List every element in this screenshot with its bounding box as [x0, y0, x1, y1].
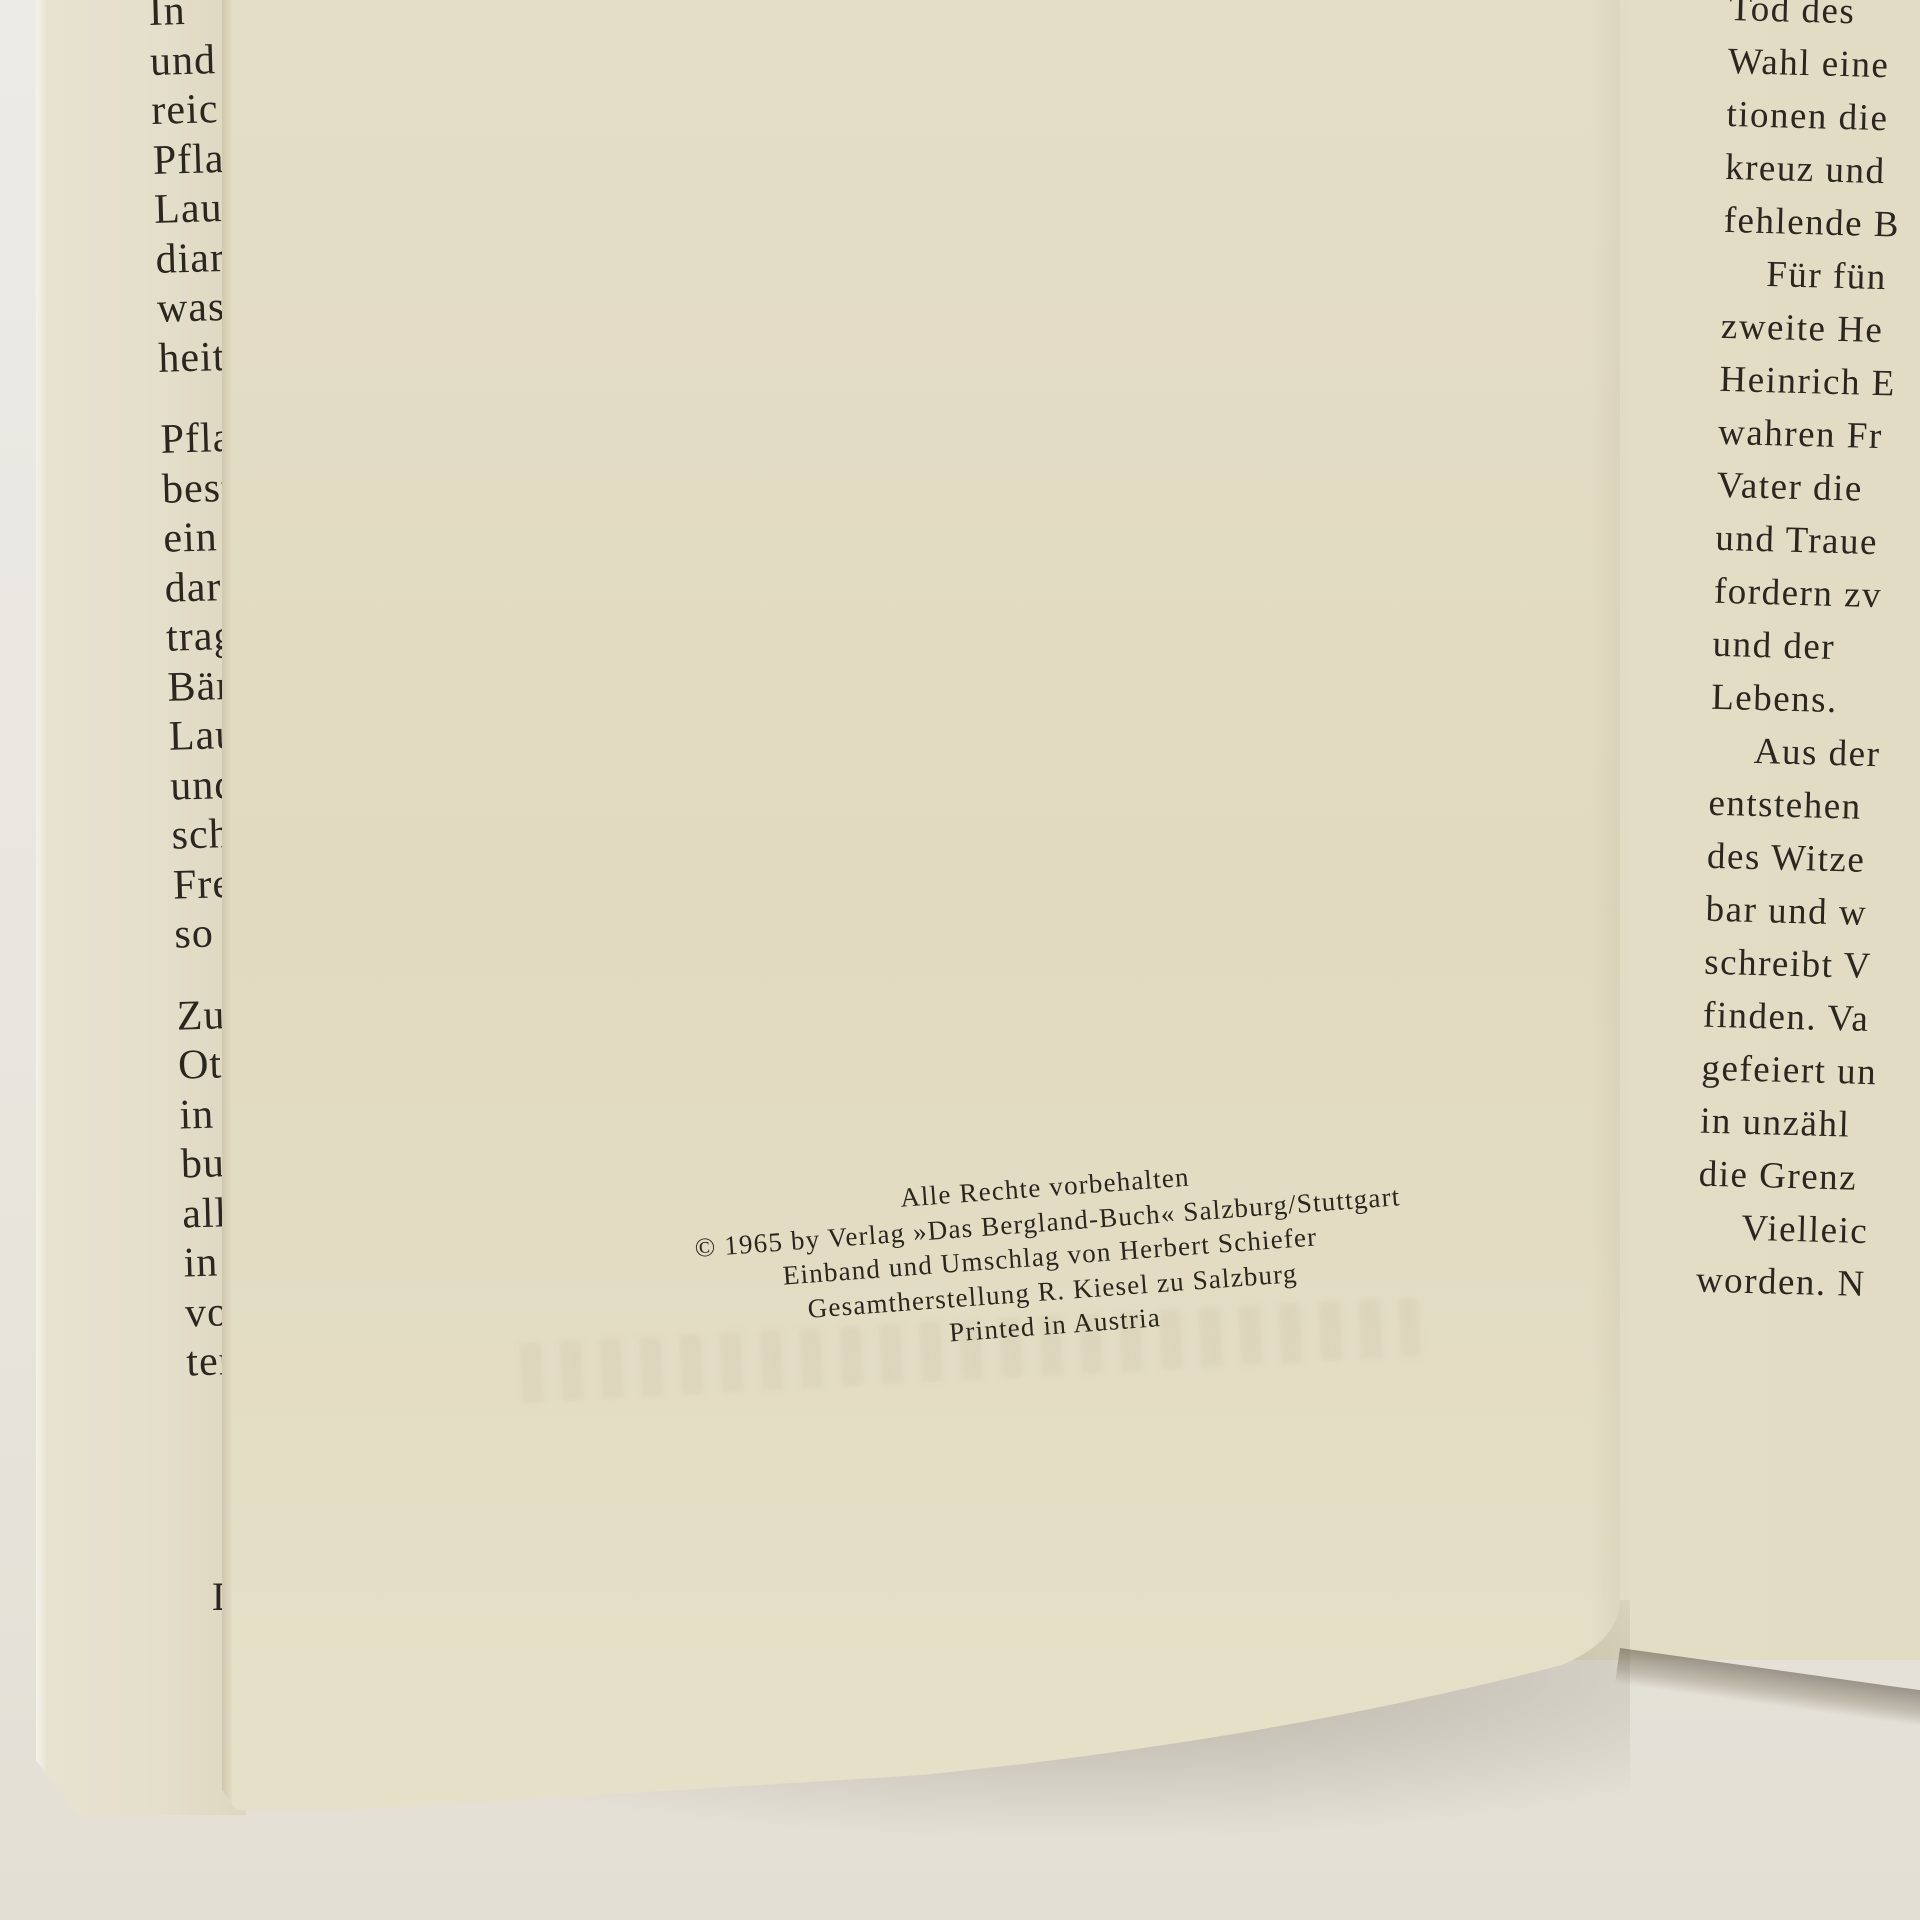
text-line: Vielleic	[1697, 1201, 1898, 1259]
text-line: bar und w	[1705, 883, 1906, 941]
text-line: des Witze	[1706, 830, 1907, 888]
text-line: tionen die	[1726, 88, 1920, 146]
text-line: Tod des	[1729, 0, 1920, 40]
text-line: Heinrich E	[1719, 353, 1920, 411]
text-line: Aus der	[1709, 724, 1910, 782]
text-line: und der	[1712, 618, 1913, 676]
right-page-text: Tod desWahl einetionen diekreuz undfehle…	[1695, 0, 1920, 1312]
text-line: in unzähl	[1699, 1095, 1900, 1153]
text-line: worden. N	[1695, 1254, 1896, 1312]
text-line: Für fün	[1722, 247, 1920, 305]
text-line: schreibt V	[1704, 936, 1905, 994]
text-line: Wahl eine	[1727, 35, 1920, 93]
text-line: zweite He	[1720, 300, 1920, 358]
text-line: die Grenz	[1698, 1148, 1899, 1206]
text-line: und Traue	[1715, 512, 1916, 570]
text-line: entstehen	[1708, 777, 1909, 835]
text-line: fehlende B	[1723, 194, 1920, 252]
text-line: fordern zv	[1713, 565, 1914, 623]
text-line: Vater die	[1716, 459, 1917, 517]
imprint-page	[222, 0, 1620, 1810]
text-line: gefeiert un	[1701, 1042, 1902, 1100]
text-line: kreuz und	[1724, 141, 1920, 199]
text-line: wahren Fr	[1718, 406, 1919, 464]
text-line: finden. Va	[1702, 989, 1903, 1047]
text-line: Lebens.	[1711, 671, 1912, 729]
